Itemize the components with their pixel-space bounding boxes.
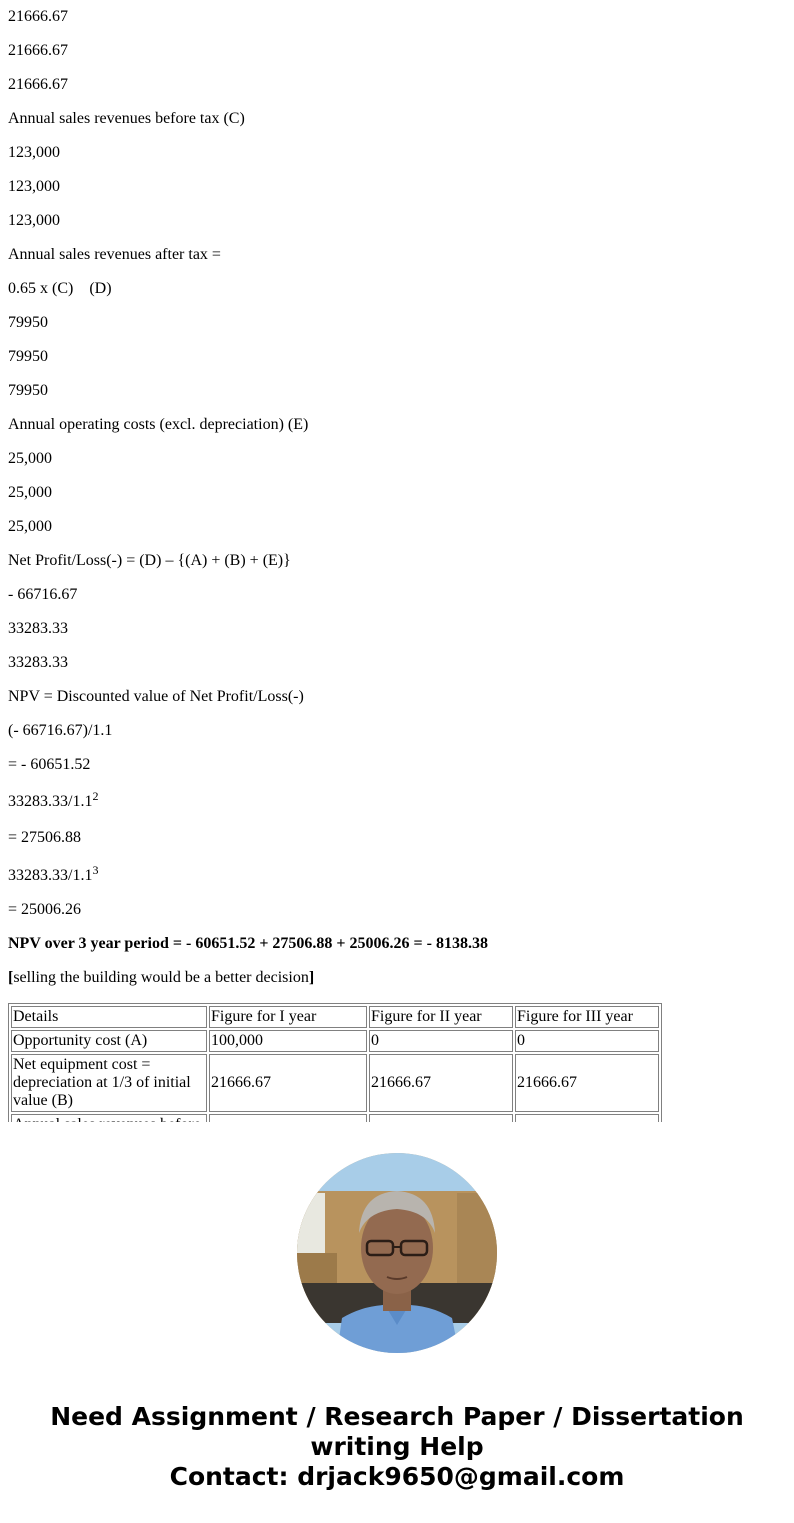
npv-total: NPV over 3 year period = - 60651.52 + 27… — [8, 935, 488, 953]
text-line: 123,000 — [8, 144, 60, 162]
table-cell: Opportunity cost (A) — [11, 1030, 207, 1052]
text-line: Net Profit/Loss(-) = (D) – {(A) + (B) + … — [8, 552, 291, 570]
text-line: 33283.33 — [8, 654, 68, 672]
text-line: 25,000 — [8, 450, 52, 468]
table-row: Opportunity cost (A) 100,000 0 0 — [11, 1030, 659, 1052]
text-line: 25,000 — [8, 484, 52, 502]
text-line: 33283.33 — [8, 620, 68, 638]
text-line: 0.65 x (C) (D) — [8, 280, 112, 298]
discount-result-2: = 27506.88 — [8, 829, 81, 847]
table-cell: 21666.67 — [369, 1054, 513, 1112]
table-header-row: Details Figure for I year Figure for II … — [11, 1006, 659, 1028]
table-cell: 123,000 — [369, 1114, 513, 1122]
promo-line: writing Help — [0, 1432, 794, 1462]
document-body: 21666.67 21666.67 21666.67 Annual sales … — [0, 0, 794, 1122]
table-row: Net equipment cost = depreciation at 1/3… — [11, 1054, 659, 1112]
text-line: - 66716.67 — [8, 586, 77, 604]
table-cell: 0 — [369, 1030, 513, 1052]
table-cell: Net equipment cost = depreciation at 1/3… — [11, 1054, 207, 1112]
promo-contact: Contact: drjack9650@gmail.com — [0, 1462, 794, 1492]
author-avatar — [297, 1153, 497, 1353]
portrait-image — [297, 1153, 497, 1353]
text-line: NPV = Discounted value of Net Profit/Los… — [8, 688, 304, 706]
details-table: Details Figure for I year Figure for II … — [8, 1003, 662, 1122]
discount-result-3: = 25006.26 — [8, 901, 81, 919]
text-line: 79950 — [8, 314, 48, 332]
table-cell: 123,000 — [515, 1114, 659, 1122]
text-line: 21666.67 — [8, 42, 68, 60]
text-line: (- 66716.67)/1.1 — [8, 722, 112, 740]
table-cell: 0 — [515, 1030, 659, 1052]
table-row: Annual sales revenues before tax (C) 123… — [11, 1114, 659, 1122]
discount-year-2: 33283.33/1.12 — [8, 793, 98, 811]
text-line: Annual operating costs (excl. depreciati… — [8, 416, 308, 434]
text-line: 123,000 — [8, 212, 60, 230]
table-header-cell: Figure for I year — [209, 1006, 367, 1028]
text-line: Annual sales revenues after tax = — [8, 246, 221, 264]
table-header-cell: Figure for II year — [369, 1006, 513, 1028]
text-line: 21666.67 — [8, 76, 68, 94]
table-header-cell: Details — [11, 1006, 207, 1028]
text-line: 25,000 — [8, 518, 52, 536]
table-header-cell: Figure for III year — [515, 1006, 659, 1028]
table-cell: Annual sales revenues before tax (C) — [11, 1114, 207, 1122]
promo-banner: Need Assignment / Research Paper / Disse… — [0, 1402, 794, 1492]
discount-year-3: 33283.33/1.13 — [8, 867, 98, 885]
table-cell: 100,000 — [209, 1030, 367, 1052]
conclusion: [selling the building would be a better … — [8, 969, 314, 987]
table-cell: 21666.67 — [515, 1054, 659, 1112]
text-line: 79950 — [8, 348, 48, 366]
table-cell: 21666.67 — [209, 1054, 367, 1112]
table-cell: 123,000 — [209, 1114, 367, 1122]
text-line: 123,000 — [8, 178, 60, 196]
text-line: 79950 — [8, 382, 48, 400]
text-line: 21666.67 — [8, 8, 68, 26]
text-line: Annual sales revenues before tax (C) — [8, 110, 245, 128]
promo-line: Need Assignment / Research Paper / Disse… — [0, 1402, 794, 1432]
text-line: = - 60651.52 — [8, 756, 90, 774]
